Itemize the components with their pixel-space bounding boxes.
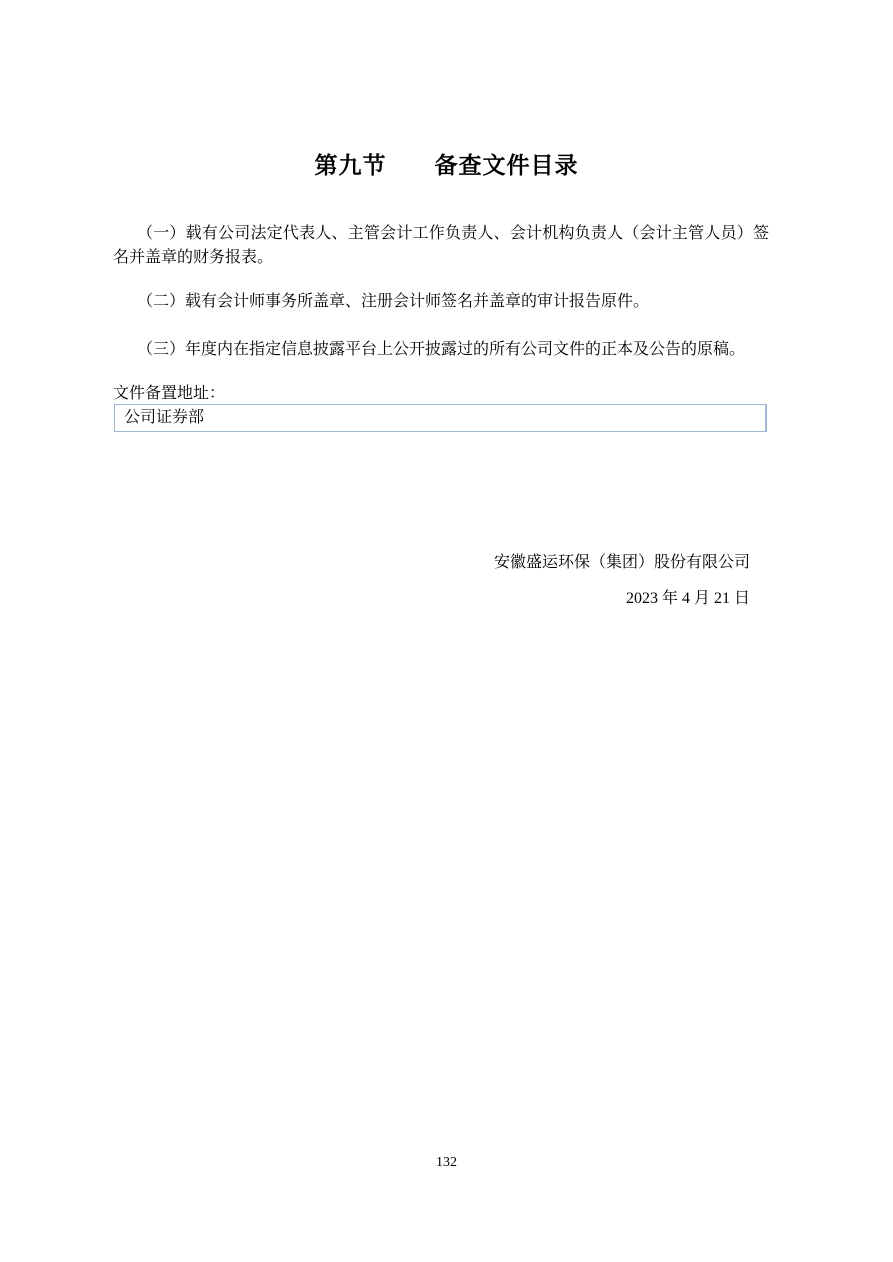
paragraph-financial-statements: （一）载有公司法定代表人、主管会计工作负责人、会计机构负责人（会计主管人员）签名… bbox=[113, 222, 769, 270]
company-name: 安徽盛运环保（集团）股份有限公司 bbox=[494, 551, 750, 575]
paragraph-disclosed-documents: （三）年度内在指定信息披露平台上公开披露过的所有公司文件的正本及公告的原稿。 bbox=[113, 338, 769, 362]
section-title: 第九节 备查文件目录 bbox=[0, 147, 893, 180]
address-box: 公司证券部 bbox=[114, 404, 767, 432]
signature-date: 2023 年 4 月 21 日 bbox=[494, 587, 750, 611]
address-value: 公司证券部 bbox=[124, 409, 204, 426]
address-label: 文件备置地址： bbox=[113, 380, 225, 403]
page-number: 132 bbox=[0, 1155, 893, 1171]
paragraph-audit-report: （二）载有会计师事务所盖章、注册会计师签名并盖章的审计报告原件。 bbox=[113, 290, 769, 314]
signature-block: 安徽盛运环保（集团）股份有限公司 2023 年 4 月 21 日 bbox=[494, 551, 750, 611]
document-page: 第九节 备查文件目录 （一）载有公司法定代表人、主管会计工作负责人、会计机构负责… bbox=[0, 0, 893, 1262]
